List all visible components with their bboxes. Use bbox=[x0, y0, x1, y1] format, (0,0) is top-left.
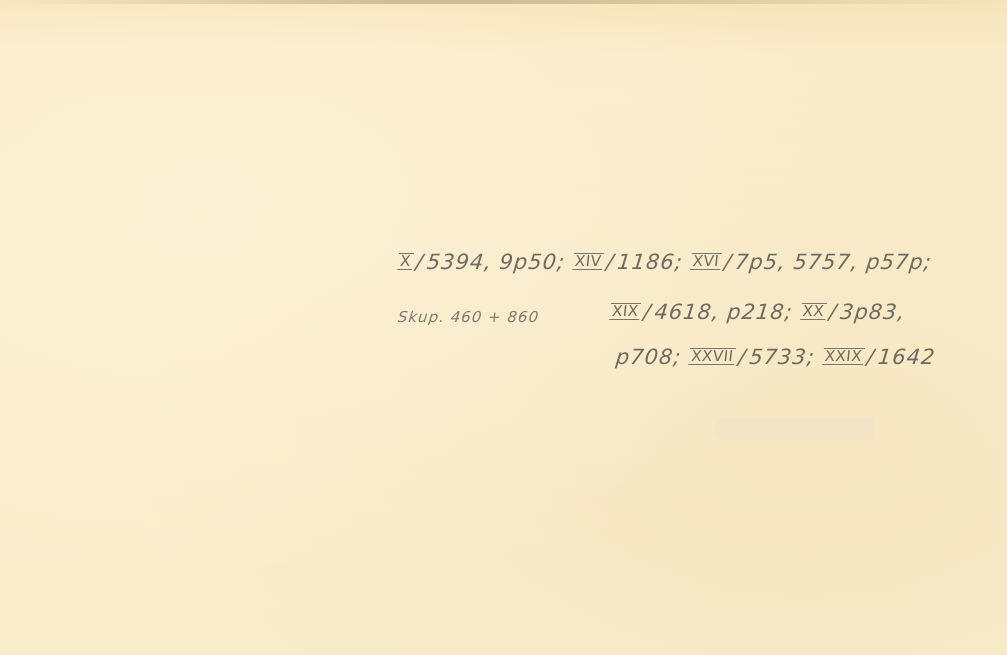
slash: / bbox=[866, 345, 877, 369]
roman-numeral: XXVII bbox=[688, 348, 736, 365]
reference-numbers: 5394, 9p50; bbox=[426, 250, 567, 274]
roman-numeral: X bbox=[397, 253, 414, 270]
slash: / bbox=[642, 300, 653, 324]
reference-numbers: 1186; bbox=[616, 250, 684, 274]
roman-numeral: XVI bbox=[690, 253, 722, 270]
slash: / bbox=[737, 345, 748, 369]
reference-numbers: p708; bbox=[615, 345, 683, 369]
margin-note: Skup. 460 + 860 bbox=[397, 308, 540, 326]
roman-numeral: XIV bbox=[572, 253, 604, 270]
reference-numbers: 3p83, bbox=[839, 300, 907, 324]
slash: / bbox=[415, 250, 426, 274]
card-top-edge bbox=[0, 0, 1007, 4]
slash: / bbox=[605, 250, 616, 274]
faded-stamp-mark bbox=[715, 418, 875, 440]
reference-numbers: 1642 bbox=[877, 345, 937, 369]
roman-numeral: XX bbox=[800, 303, 827, 320]
roman-numeral: XIX bbox=[609, 303, 641, 320]
handwritten-line-2: XIX/4618, p218; XX/3p83, bbox=[609, 300, 907, 324]
slash: / bbox=[723, 250, 734, 274]
handwritten-line-3: p708; XXVII/5733; XXIX/1642 bbox=[615, 345, 937, 369]
roman-numeral: XXIX bbox=[822, 348, 865, 365]
reference-numbers: 5733; bbox=[748, 345, 816, 369]
index-card: X/5394, 9p50; XIV/1186; XVI/7p5, 5757, p… bbox=[0, 0, 1007, 655]
handwritten-line-1: X/5394, 9p50; XIV/1186; XVI/7p5, 5757, p… bbox=[397, 250, 933, 274]
reference-numbers: 4618, p218; bbox=[653, 300, 794, 324]
slash: / bbox=[828, 300, 839, 324]
reference-numbers: 7p5, 5757, p57p; bbox=[734, 250, 933, 274]
